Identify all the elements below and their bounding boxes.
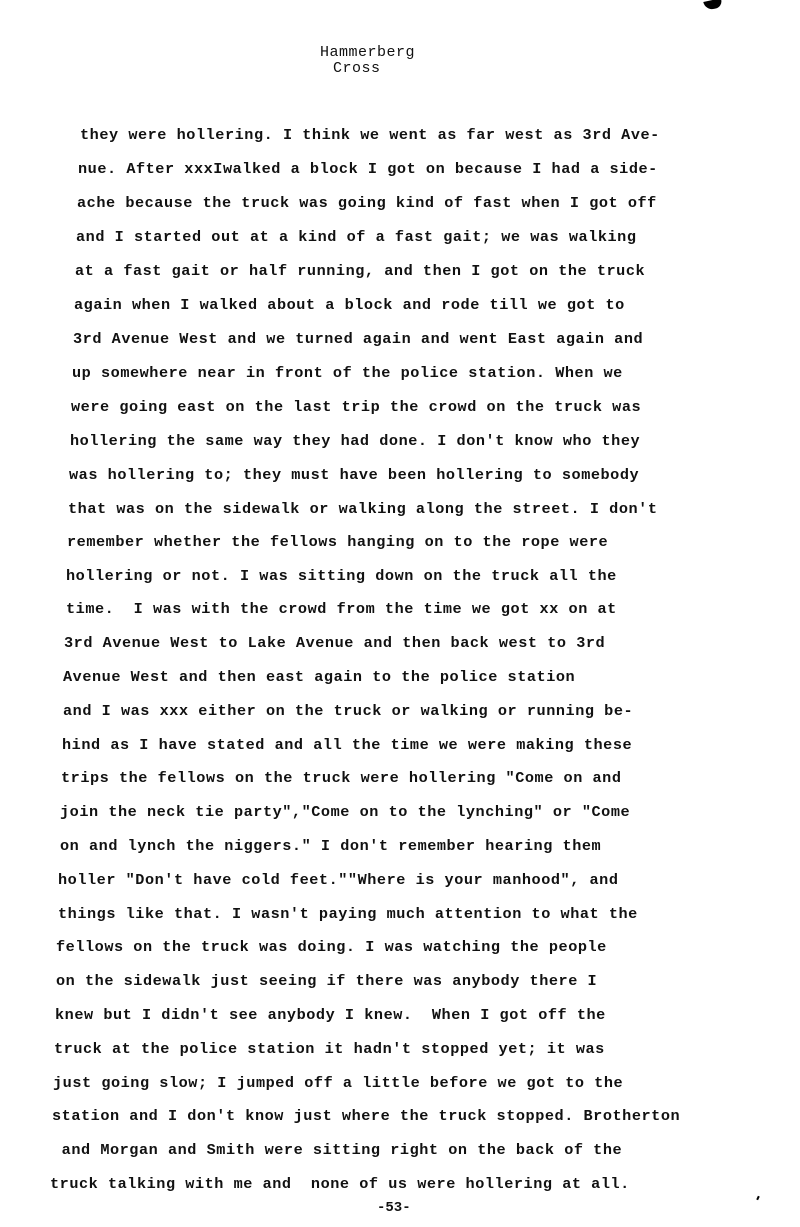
text-line: on and lynch the niggers." I don't remem… — [60, 837, 601, 855]
text-line: station and I don't know just where the … — [52, 1107, 680, 1125]
stray-mark — [756, 1196, 760, 1200]
text-line: 3rd Avenue West and we turned again and … — [73, 330, 643, 348]
text-line: remember whether the fellows hanging on … — [67, 533, 608, 551]
text-line: time. I was with the crowd from the time… — [66, 600, 617, 618]
text-line: holler "Don't have cold feet.""Where is … — [58, 871, 619, 889]
text-line: and I started out at a kind of a fast ga… — [76, 228, 637, 246]
page-number: -53- — [377, 1200, 411, 1216]
text-line: nue. After xxxIwalked a block I got on b… — [78, 160, 658, 178]
text-line: hollering the same way they had done. I … — [70, 432, 640, 450]
text-line: they were hollering. I think we went as … — [80, 126, 660, 144]
text-line: Avenue West and then east again to the p… — [63, 668, 575, 686]
text-line: hollering or not. I was sitting down on … — [66, 567, 617, 585]
text-line: hind as I have stated and all the time w… — [62, 736, 632, 754]
ink-blot-mark — [703, 0, 722, 11]
text-line: was hollering to; they must have been ho… — [69, 466, 639, 484]
text-line: and Morgan and Smith were sitting right … — [52, 1141, 622, 1159]
text-line: truck talking with me and none of us wer… — [50, 1175, 630, 1193]
text-line: were going east on the last trip the cro… — [71, 398, 641, 416]
text-line: truck at the police station it hadn't st… — [54, 1040, 605, 1058]
text-line: at a fast gait or half running, and then… — [75, 262, 645, 280]
text-line: again when I walked about a block and ro… — [74, 296, 625, 314]
text-line: knew but I didn't see anybody I knew. Wh… — [55, 1006, 606, 1024]
text-line: join the neck tie party","Come on to the… — [60, 803, 630, 821]
examination-type: Cross — [333, 60, 381, 77]
text-line: trips the fellows on the truck were holl… — [61, 769, 622, 787]
text-line: 3rd Avenue West to Lake Avenue and then … — [64, 634, 605, 652]
text-line: and I was xxx either on the truck or wal… — [63, 702, 633, 720]
text-line: that was on the sidewalk or walking alon… — [68, 500, 658, 518]
text-line: ache because the truck was going kind of… — [77, 194, 657, 212]
text-line: up somewhere near in front of the police… — [72, 364, 623, 382]
text-line: things like that. I wasn't paying much a… — [58, 905, 638, 923]
text-line: fellows on the truck was doing. I was wa… — [56, 938, 607, 956]
witness-name: Hammerberg — [320, 44, 415, 61]
text-line: just going slow; I jumped off a little b… — [53, 1074, 623, 1092]
text-line: on the sidewalk just seeing if there was… — [56, 972, 597, 990]
